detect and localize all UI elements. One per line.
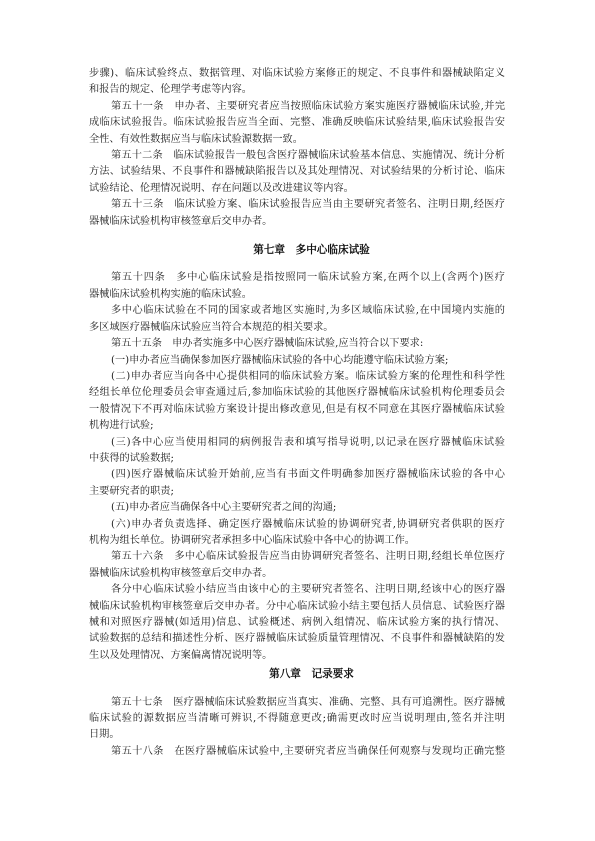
text-line: 第五十八条 在医疗器械临床试验中,主要研究者应当确保任何观察与发现均正确完整 (89, 744, 505, 760)
text-line: 临床试验的源数据应当清晰可辨识,不得随意更改;确需更改时应当说明理由,签名并注明 (89, 711, 505, 727)
text-line: (一)申办者应当确保参加医疗器械临床试验的各中心均能遵守临床试验方案; (89, 353, 505, 369)
text-line: 试验结论、伦理情况说明、存在问题以及改进建议等内容。 (89, 181, 505, 197)
text-line: 生以及处理情况、方案偏离情况说明等。 (89, 648, 505, 664)
text-line: (五)申办者应当确保各中心主要研究者之间的沟通; (89, 500, 505, 516)
text-line: 器械临床试验机构审核签章后交申办者。 (89, 566, 505, 582)
text-line: 中获得的试验数据; (89, 451, 505, 467)
text-line: 方法、试验结果、不良事件和器械缺陷报告以及其处理情况、对试验结果的分析讨论、临床 (89, 164, 505, 180)
text-line: 第五十二条 临床试验报告一般包含医疗器械临床试验基本信息、实施情况、统计分析 (89, 148, 505, 164)
text-line: 第五十六条 多中心临床试验报告应当由协调研究者签名、注明日期,经组长单位医疗 (89, 549, 505, 565)
text-line: (三)各中心应当使用相同的病例报告表和填写指导说明,以记录在医疗器械临床试验 (89, 435, 505, 451)
document-page: 步骤)、临床试验终点、数据管理、对临床试验方案修正的规定、不良事件和器械缺陷定义… (0, 0, 595, 841)
text-line: 多中心临床试验在不同的国家或者地区实施时,为多区域临床试验,在中国境内实施的 (89, 303, 505, 319)
text-line: 多区域医疗器械临床试验应当符合本规范的相关要求。 (89, 320, 505, 336)
text-line: 日期。 (89, 727, 505, 743)
text-line: 主要研究者的职责; (89, 484, 505, 500)
text-line: 机构为组长单位。协调研究者承担多中心临床试验中各中心的协调工作。 (89, 533, 505, 549)
text-line: 器械临床试验机构实施的临床试验。 (89, 287, 505, 303)
text-line: 各分中心临床试验小结应当由该中心的主要研究者签名、注明日期,经该中心的医疗器 (89, 582, 505, 598)
text-line: (四)医疗器械临床试验开始前,应当有书面文件明确参加医疗器械临床试验的各中心 (89, 467, 505, 483)
text-line: 第五十一条 申办者、主要研究者应当按照临床试验方案实施医疗器械临床试验,并完 (89, 99, 505, 115)
text-line: 械临床试验机构审核签章后交申办者。分中心临床试验小结主要包括人员信息、试验医疗器 (89, 599, 505, 615)
text-line: 和报告的规定、伦理学考虑等内容。 (89, 82, 505, 98)
text-line: 第五十七条 医疗器械临床试验数据应当真实、准确、完整、具有可追溯性。医疗器械 (89, 695, 505, 711)
chapter-heading: 第七章 多中心临床试验 (89, 242, 505, 258)
chapter-heading: 第八章 记录要求 (89, 666, 505, 682)
text-line: 第五十四条 多中心临床试验是指按照同一临床试验方案,在两个以上(含两个)医疗 (89, 270, 505, 286)
text-line: 步骤)、临床试验终点、数据管理、对临床试验方案修正的规定、不良事件和器械缺陷定义 (89, 66, 505, 82)
text-line: (二)申办者应当向各中心提供相同的临床试验方案。临床试验方案的伦理性和科学性 (89, 369, 505, 385)
document-body: 步骤)、临床试验终点、数据管理、对临床试验方案修正的规定、不良事件和器械缺陷定义… (89, 66, 505, 760)
text-line: 一般情况下不再对临床试验方案设计提出修改意见,但是有权不同意在其医疗器械临床试验 (89, 402, 505, 418)
text-line: 器械临床试验机构审核签章后交申办者。 (89, 214, 505, 230)
text-line: 经组长单位伦理委员会审查通过后,参加临床试验的其他医疗器械临床试验机构伦理委员会 (89, 385, 505, 401)
text-line: (六)申办者负责选择、确定医疗器械临床试验的协调研究者,协调研究者供职的医疗 (89, 517, 505, 533)
text-line: 第五十三条 临床试验方案、临床试验报告应当由主要研究者签名、注明日期,经医疗 (89, 197, 505, 213)
text-line: 成临床试验报告。临床试验报告应当全面、完整、准确反映临床试验结果,临床试验报告安 (89, 115, 505, 131)
text-line: 械和对照医疗器械(如适用)信息、试验概述、病例入组情况、临床试验方案的执行情况、 (89, 615, 505, 631)
text-line: 试验数据的总结和描述性分析、医疗器械临床试验质量管理情况、不良事件和器械缺陷的发 (89, 631, 505, 647)
text-line: 第五十五条 申办者实施多中心医疗器械临床试验,应当符合以下要求: (89, 336, 505, 352)
text-line: 机构进行试验; (89, 418, 505, 434)
text-line: 全性、有效性数据应当与临床试验源数据一致。 (89, 132, 505, 148)
